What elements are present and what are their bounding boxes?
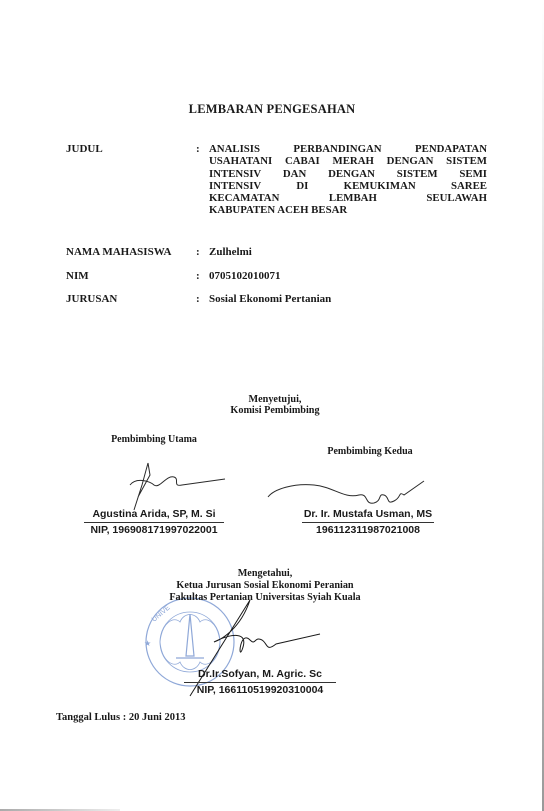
acknowledgement-name: Dr.Ir.Sofyan, M. Agric. Sc	[190, 668, 330, 680]
supervisor-1-nip: NIP, 196908171997022001	[84, 522, 224, 536]
judul-line: KABUPATEN ACEH BESAR	[209, 204, 487, 216]
jurusan-label: JURUSAN	[66, 293, 117, 305]
nama-value: Zulhelmi	[209, 246, 252, 258]
approval-line-2: Komisi Pembimbing	[180, 405, 370, 416]
acknowledgement-nip: NIP, 166110519920310004	[184, 682, 336, 696]
supervisor-2-name: Dr. Ir. Mustafa Usman, MS	[302, 508, 434, 520]
jurusan-colon: :	[196, 293, 200, 305]
supervisor-2: Pembimbing Kedua	[300, 446, 440, 457]
judul-line: ANALISIS PERBANDINGAN PENDAPATAN	[209, 143, 487, 155]
document-title: LEMBARAN PENGESAHAN	[0, 102, 544, 117]
approval-heading: Menyetujui, Komisi Pembimbing	[180, 394, 370, 416]
signature-1-icon	[120, 455, 240, 515]
nama-label: NAMA MAHASISWA	[66, 246, 171, 258]
supervisor-1-role: Pembimbing Utama	[84, 434, 224, 445]
supervisor-2-nip: 196112311987021008	[302, 522, 434, 536]
jurusan-value: Sosial Ekonomi Pertanian	[209, 293, 331, 305]
judul-value: ANALISIS PERBANDINGAN PENDAPATAN USAHATA…	[209, 143, 487, 217]
judul-colon: :	[196, 143, 200, 155]
acknowledgement-heading: Mengetahui, Ketua Jurusan Sosial Ekonomi…	[130, 568, 400, 604]
judul-line: USAHATANI CABAI MERAH DENGAN SISTEM	[209, 155, 487, 167]
nama-colon: :	[196, 246, 200, 258]
acknowledgement-line-1: Mengetahui,	[130, 568, 400, 580]
graduation-date: Tanggal Lulus : 20 Juni 2013	[56, 712, 185, 723]
supervisor-1: Pembimbing Utama	[84, 434, 224, 445]
acknowledgement-line-2: Ketua Jurusan Sosial Ekonomi Peranian	[130, 580, 400, 592]
nim-colon: :	[196, 270, 200, 282]
judul-line: KECAMATAN LEMBAH SEULAWAH	[209, 192, 487, 204]
judul-label: JUDUL	[66, 143, 103, 155]
svg-text:★: ★	[144, 639, 151, 648]
approval-line-1: Menyetujui,	[180, 394, 370, 405]
nim-value: 0705102010071	[209, 270, 281, 282]
judul-line: INTENSIV DAN DENGAN SISTEM SEMI	[209, 168, 487, 180]
judul-line: INTENSIV DI KEMUKIMAN SAREE	[209, 180, 487, 192]
supervisor-1-name: Agustina Arida, SP, M. Si	[84, 508, 224, 520]
nim-label: NIM	[66, 270, 89, 282]
supervisor-2-role: Pembimbing Kedua	[300, 446, 440, 457]
